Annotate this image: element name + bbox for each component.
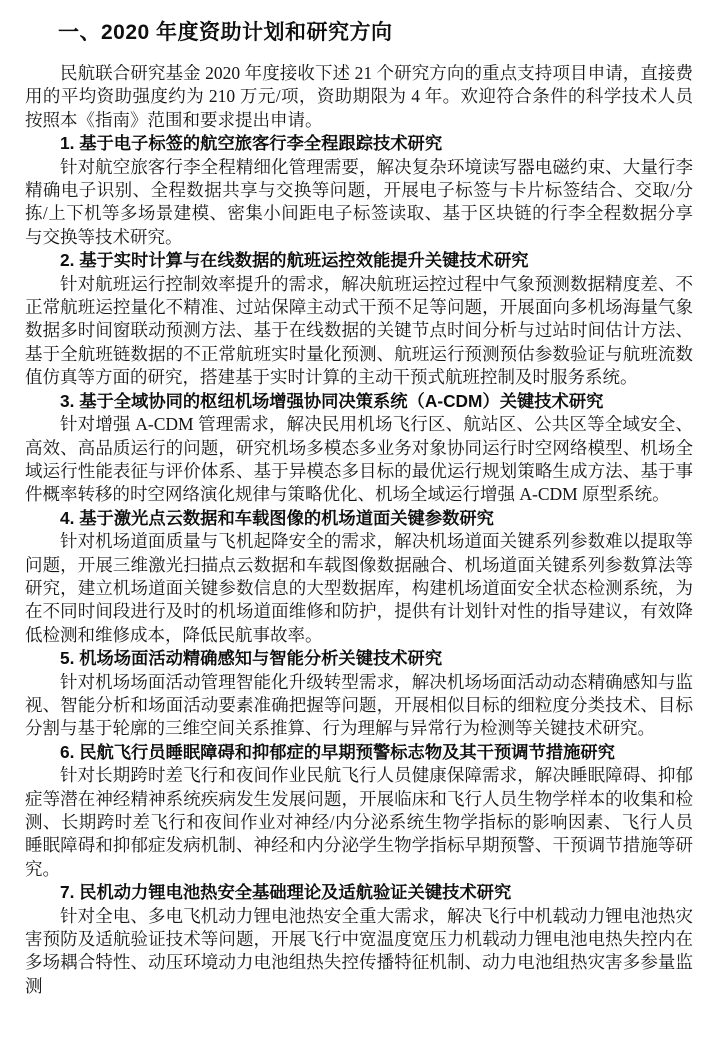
- section-body: 针对航班运行控制效率提升的需求，解决航班运控过程中气象预测数据精度差、不正常航班…: [25, 273, 693, 390]
- intro-paragraph: 民航联合研究基金 2020 年度接收下述 21 个研究方向的重点支持项目申请，直…: [25, 62, 693, 132]
- section-body: 针对增强 A-CDM 管理需求，解决民用机场飞行区、航站区、公共区等全域安全、高…: [25, 413, 693, 507]
- section-heading: 2. 基于实时计算与在线数据的航班运控效能提升关键技术研究: [25, 249, 693, 272]
- section-heading: 3. 基于全域协同的枢纽机场增强协同决策系统（A-CDM）关键技术研究: [25, 390, 693, 413]
- section-heading: 1. 基于电子标签的航空旅客行李全程跟踪技术研究: [25, 132, 693, 155]
- section-heading: 7. 民机动力锂电池热安全基础理论及适航验证关键技术研究: [25, 881, 693, 904]
- section-heading: 5. 机场场面活动精确感知与智能分析关键技术研究: [25, 647, 693, 670]
- sections: 1. 基于电子标签的航空旅客行李全程跟踪技术研究 针对航空旅客行李全程精细化管理…: [25, 132, 693, 998]
- section-body: 针对机场道面质量与飞机起降安全的需求，解决机场道面关键系列参数难以提取等问题，开…: [25, 530, 693, 647]
- section-heading: 6. 民航飞行员睡眠障碍和抑郁症的早期预警标志物及其干预调节措施研究: [25, 741, 693, 764]
- section-body: 针对长期跨时差飞行和夜间作业民航飞行人员健康保障需求，解决睡眠障碍、抑郁症等潜在…: [25, 764, 693, 881]
- page-title: 一、2020 年度资助计划和研究方向: [58, 20, 693, 46]
- section-heading: 4. 基于激光点云数据和车载图像的机场道面关键参数研究: [25, 507, 693, 530]
- section-body: 针对航空旅客行李全程精细化管理需要，解决复杂环境读写器电磁约束、大量行李精确电子…: [25, 156, 693, 250]
- section-body: 针对全电、多电飞机动力锂电池热安全重大需求，解决飞行中机载动力锂电池热灾害预防及…: [25, 905, 693, 999]
- document-page: 一、2020 年度资助计划和研究方向 民航联合研究基金 2020 年度接收下述 …: [0, 0, 720, 1046]
- section-body: 针对机场场面活动管理智能化升级转型需求，解决机场场面活动动态精确感知与监视、智能…: [25, 671, 693, 741]
